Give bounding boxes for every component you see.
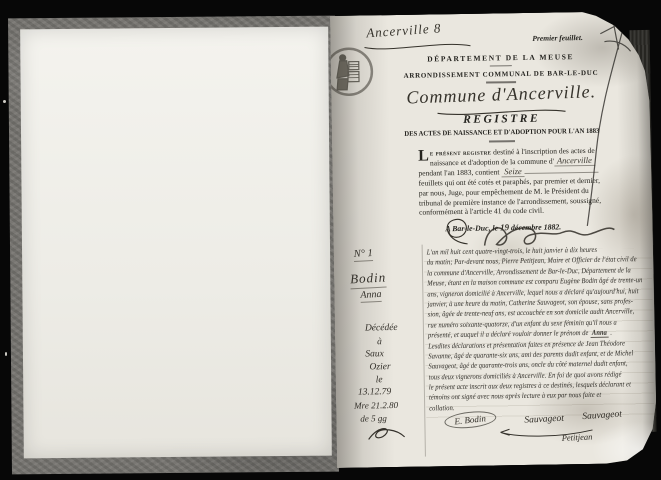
- witness2-signature: Sauvageot: [582, 409, 622, 422]
- surname-text: Bodin: [350, 270, 387, 290]
- blank-rule: [525, 165, 599, 174]
- sheet-note: Premier feuillet.: [532, 33, 583, 43]
- opening-flourish: [437, 214, 478, 251]
- death-note-line: Mre 21.2.80: [354, 400, 398, 411]
- dust-speck: [3, 100, 6, 103]
- preamble-paragraph: Le présent registre destiné à l'inscript…: [418, 146, 615, 218]
- mayor-signature: Petitjean: [561, 431, 592, 443]
- death-note-line: Ozier: [369, 362, 390, 372]
- scanned-register-photo: Ancerville 8 Premier feuillet. DÉPARTEME…: [0, 0, 661, 480]
- act-number: N° 1: [354, 248, 373, 261]
- act-number-text: N° 1: [353, 248, 373, 262]
- death-note-line: à: [377, 337, 382, 347]
- sheet-count-fill: Seize: [501, 166, 525, 177]
- death-note-line: Saux: [365, 349, 384, 359]
- folio-note: Ancerville 8: [366, 20, 442, 41]
- book-cover-left: [8, 16, 339, 475]
- given-name-text: Anna: [360, 289, 382, 303]
- birth-act-body: L'an mil huit cent quatre-vingt-trois, l…: [427, 244, 661, 414]
- dust-speck: [5, 352, 7, 356]
- margin-paraph: [364, 423, 408, 446]
- death-date-line: 13.12.79: [358, 387, 391, 398]
- death-note-line: de 5 gg: [360, 413, 387, 423]
- name-line-post: .: [609, 328, 613, 337]
- divider-rule: [490, 65, 512, 66]
- folio-note-underline: [362, 40, 472, 54]
- left-blank-page: [20, 27, 332, 459]
- preamble-smallcaps: e présent registre: [430, 147, 492, 157]
- child-name: Anna: [590, 328, 609, 338]
- death-note-line: le: [376, 375, 383, 385]
- margin-surname: Bodin: [350, 270, 386, 289]
- preamble-line: pendant l'an 1883, contient: [418, 168, 499, 178]
- divider-rule: [489, 140, 515, 142]
- dropcap: L: [418, 148, 429, 163]
- register-first-sheet: Ancerville 8 Premier feuillet. DÉPARTEME…: [330, 11, 657, 468]
- death-note-line: Décédée: [365, 323, 398, 334]
- margin-given-name: Anna: [360, 289, 381, 302]
